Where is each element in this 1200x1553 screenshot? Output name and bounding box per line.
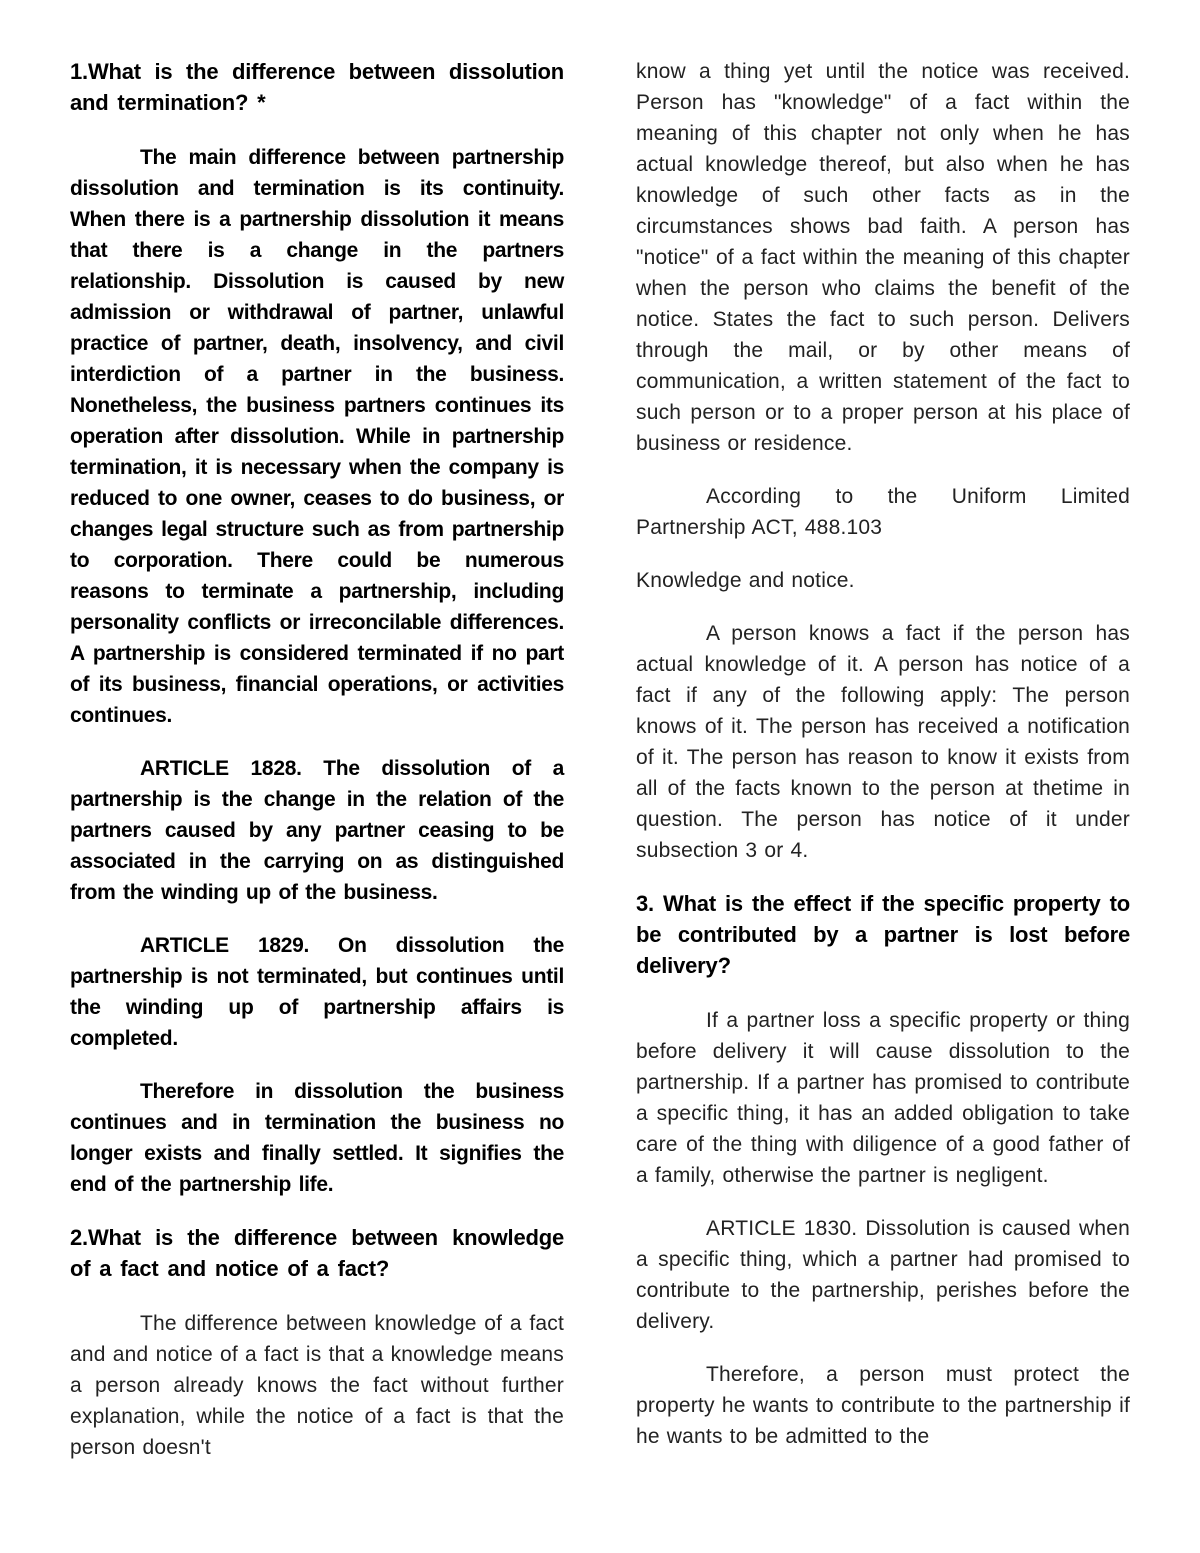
answer-paragraph: know a thing yet until the notice was re… bbox=[636, 56, 1130, 459]
answer-paragraph: ARTICLE 1828. The dissolution of a partn… bbox=[70, 753, 564, 908]
answer-paragraph: If a partner loss a specific property or… bbox=[636, 1005, 1130, 1191]
question-heading: 2.What is the difference between knowled… bbox=[70, 1222, 564, 1284]
answer-paragraph: ARTICLE 1829. On dissolution the partner… bbox=[70, 930, 564, 1054]
question-heading: 1.What is the difference between dissolu… bbox=[70, 56, 564, 118]
answer-paragraph: The difference between knowledge of a fa… bbox=[70, 1308, 564, 1463]
answer-paragraph: The main difference between partnership … bbox=[70, 142, 564, 731]
answer-paragraph: A person knows a fact if the person has … bbox=[636, 618, 1130, 866]
answer-paragraph: Therefore in dissolution the business co… bbox=[70, 1076, 564, 1200]
answer-paragraph: According to the Uniform Limited Partner… bbox=[636, 481, 1130, 543]
right-column: know a thing yet until the notice was re… bbox=[636, 56, 1130, 1523]
answer-paragraph: ARTICLE 1830. Dissolution is caused when… bbox=[636, 1213, 1130, 1337]
answer-paragraph: Knowledge and notice. bbox=[636, 565, 1130, 596]
left-column: 1.What is the difference between dissolu… bbox=[70, 56, 564, 1523]
document-page: 1.What is the difference between dissolu… bbox=[0, 0, 1200, 1553]
question-heading: 3. What is the effect if the specific pr… bbox=[636, 888, 1130, 981]
answer-paragraph: Therefore, a person must protect the pro… bbox=[636, 1359, 1130, 1452]
